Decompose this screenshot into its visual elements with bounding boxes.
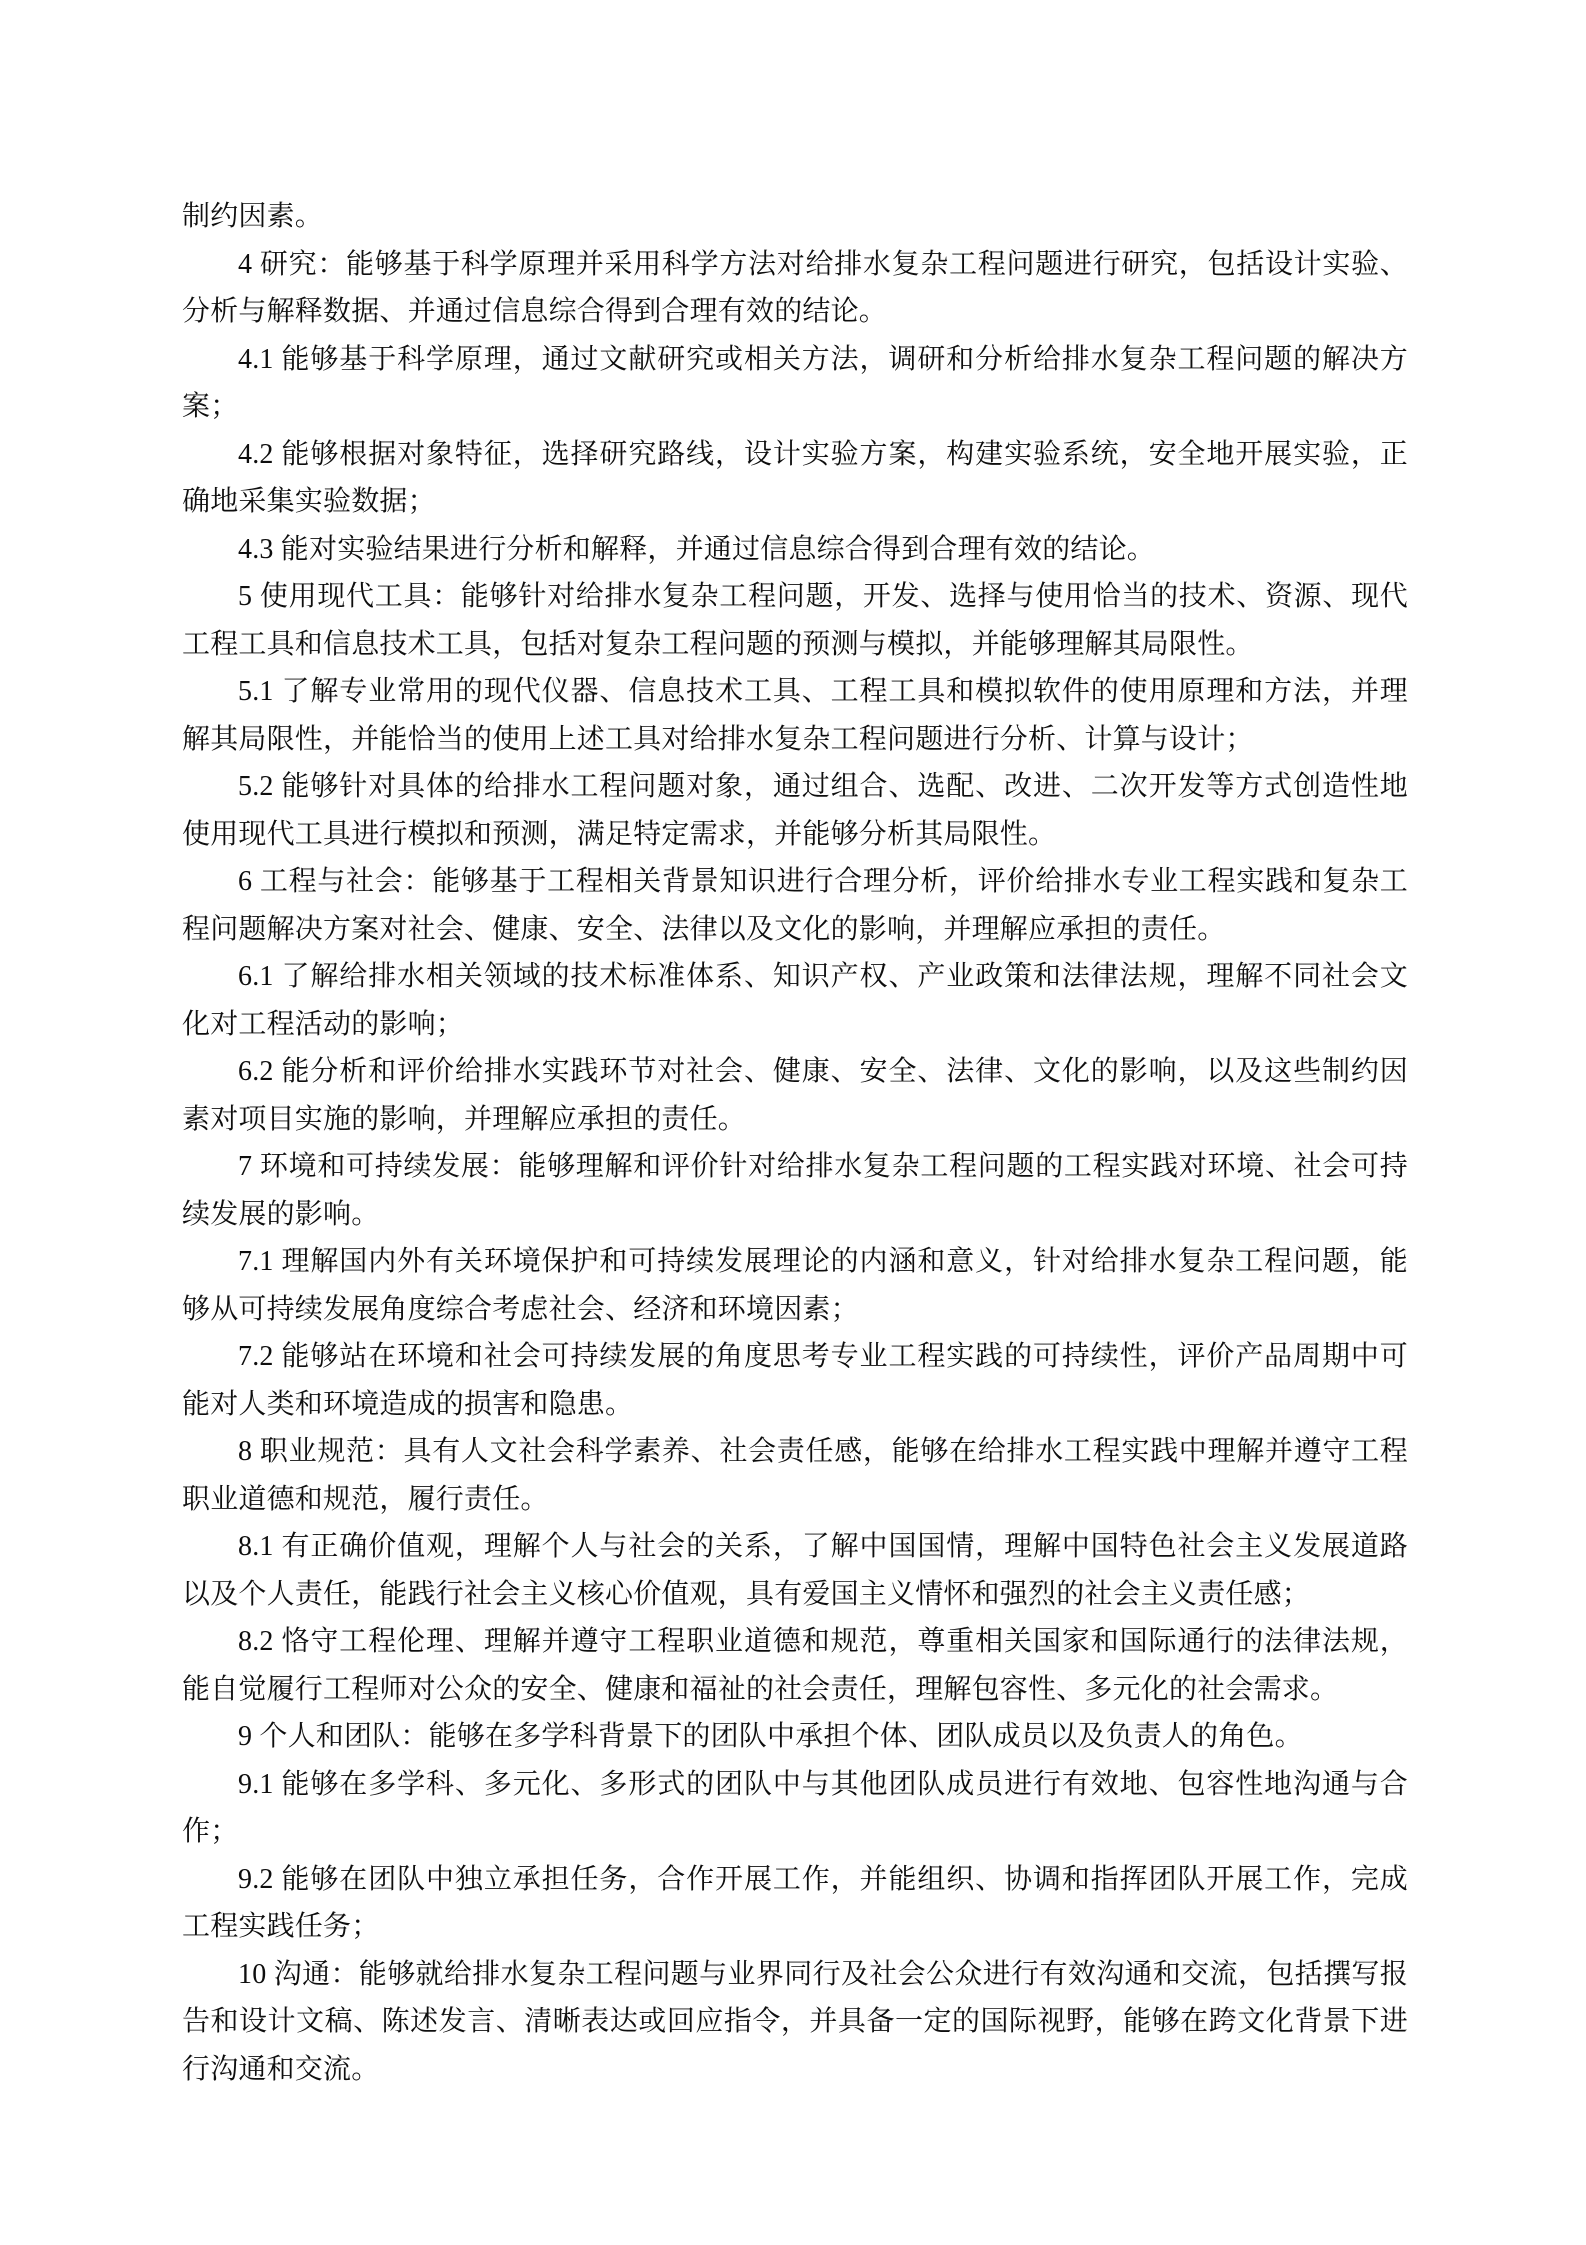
para-5-2: 5.2 能够针对具体的给排水工程问题对象，通过组合、选配、改进、二次开发等方式创…: [182, 763, 1408, 858]
para-7-1: 7.1 理解国内外有关环境保护和可持续发展理论的内涵和意义，针对给排水复杂工程问…: [182, 1238, 1408, 1333]
para-8-1: 8.1 有正确价值观，理解个人与社会的关系，了解中国国情，理解中国特色社会主义发…: [182, 1523, 1408, 1618]
para-8-2: 8.2 恪守工程伦理、理解并遵守工程职业道德和规范，尊重相关国家和国际通行的法律…: [182, 1618, 1408, 1713]
para-9-1: 9.1 能够在多学科、多元化、多形式的团队中与其他团队成员进行有效地、包容性地沟…: [182, 1761, 1408, 1856]
para-6-1: 6.1 了解给排水相关领域的技术标准体系、知识产权、产业政策和法律法规，理解不同…: [182, 953, 1408, 1048]
para-6-2: 6.2 能分析和评价给排水实践环节对社会、健康、安全、法律、文化的影响，以及这些…: [182, 1048, 1408, 1143]
para-6: 6 工程与社会：能够基于工程相关背景知识进行合理分析，评价给排水专业工程实践和复…: [182, 858, 1408, 953]
para-4-3: 4.3 能对实验结果进行分析和解释，并通过信息综合得到合理有效的结论。: [182, 526, 1408, 574]
para-8: 8 职业规范：具有人文社会科学素养、社会责任感，能够在给排水工程实践中理解并遵守…: [182, 1428, 1408, 1523]
para-7: 7 环境和可持续发展：能够理解和评价针对给排水复杂工程问题的工程实践对环境、社会…: [182, 1143, 1408, 1238]
document-body-text: 制约因素。 4 研究：能够基于科学原理并采用科学方法对给排水复杂工程问题进行研究…: [182, 193, 1408, 2093]
para-9-2: 9.2 能够在团队中独立承担任务，合作开展工作，并能组织、协调和指挥团队开展工作…: [182, 1856, 1408, 1951]
para-4-2: 4.2 能够根据对象特征，选择研究路线，设计实验方案，构建实验系统，安全地开展实…: [182, 431, 1408, 526]
para-9: 9 个人和团队：能够在多学科背景下的团队中承担个体、团队成员以及负责人的角色。: [182, 1713, 1408, 1761]
para-5-1: 5.1 了解专业常用的现代仪器、信息技术工具、工程工具和模拟软件的使用原理和方法…: [182, 668, 1408, 763]
para-4: 4 研究：能够基于科学原理并采用科学方法对给排水复杂工程问题进行研究，包括设计实…: [182, 241, 1408, 336]
para-4-1: 4.1 能够基于科学原理，通过文献研究或相关方法，调研和分析给排水复杂工程问题的…: [182, 336, 1408, 431]
para-5: 5 使用现代工具：能够针对给排水复杂工程问题，开发、选择与使用恰当的技术、资源、…: [182, 573, 1408, 668]
para-continuation: 制约因素。: [182, 193, 1408, 241]
para-10: 10 沟通：能够就给排水复杂工程问题与业界同行及社会公众进行有效沟通和交流，包括…: [182, 1951, 1408, 2094]
document-page: 制约因素。 4 研究：能够基于科学原理并采用科学方法对给排水复杂工程问题进行研究…: [0, 0, 1586, 2245]
para-7-2: 7.2 能够站在环境和社会可持续发展的角度思考专业工程实践的可持续性，评价产品周…: [182, 1333, 1408, 1428]
